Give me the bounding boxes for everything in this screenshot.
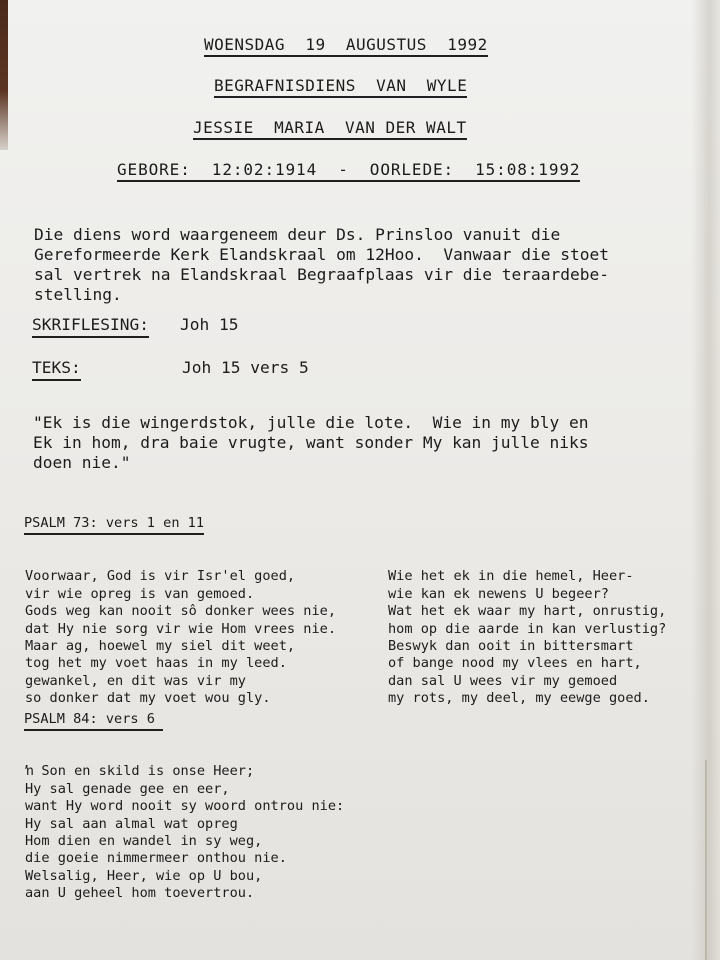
verse-line: Wat het ek waar my hart, onrustig, bbox=[388, 603, 666, 620]
verse-line: of bange nood my vlees en hart, bbox=[388, 655, 666, 672]
verse-line: Wie het ek in die hemel, Heer- bbox=[388, 568, 666, 585]
verse-line: Hy sal genade gee en eer, bbox=[25, 781, 344, 798]
psalm84-verse: ŉ Son en skild is onse Heer;Hy sal genad… bbox=[25, 746, 344, 920]
scripture-quote: "Ek is die wingerdstok, julle die lote. … bbox=[33, 393, 589, 493]
verse-line: Beswyk dan ooit in bittersmart bbox=[388, 638, 666, 655]
intro-line: stelling. bbox=[34, 285, 609, 305]
verse-line: hom op die aarde in kan verlustig? bbox=[388, 621, 666, 638]
verse-line: tog het my voet haas in my leed. bbox=[25, 655, 336, 672]
verse-line: Welsalig, Heer, wie op U bou, bbox=[25, 868, 344, 885]
intro-line: sal vertrek na Elandskraal Begraafplaas … bbox=[34, 265, 609, 285]
scripture-value: Joh 15 bbox=[180, 315, 238, 335]
verse-line: Hy sal aan almal wat opreg bbox=[25, 816, 344, 833]
psalm84-heading: PSALM 84: vers 6 bbox=[24, 711, 163, 731]
verse-line: wie kan ek newens U begeer? bbox=[388, 586, 666, 603]
text-label: TEKS: bbox=[32, 358, 81, 381]
verse-line: gewankel, en dit was vir my bbox=[25, 673, 336, 690]
verse-line: Voorwaar, God is vir Isr'el goed, bbox=[25, 568, 336, 585]
verse-line: Maar ag, hoewel my siel dit weet, bbox=[25, 638, 336, 655]
text-value: Joh 15 vers 5 bbox=[182, 358, 309, 378]
verse-line: Gods weg kan nooit sô donker wees nie, bbox=[25, 603, 336, 620]
verse-line: die goeie nimmermeer onthou nie. bbox=[25, 850, 344, 867]
paper-fold-shadow bbox=[705, 760, 707, 960]
verse-line: my rots, my deel, my eewge goed. bbox=[388, 690, 666, 707]
service-intro: Die diens word waargeneem deur Ds. Prins… bbox=[34, 205, 609, 325]
quote-line: Ek in hom, dra baie vrugte, want sonder … bbox=[33, 433, 589, 453]
intro-line: Die diens word waargeneem deur Ds. Prins… bbox=[34, 225, 609, 245]
psalm73-heading: PSALM 73: vers 1 en 11 bbox=[24, 515, 204, 535]
verse-line: dan sal U wees vir my gemoed bbox=[388, 673, 666, 690]
verse-line: dat Hy nie sorg vir wie Hom vrees nie. bbox=[25, 621, 336, 638]
birth-death-dates: GEBORE: 12:02:1914 - OORLEDE: 15:08:1992 bbox=[117, 160, 580, 182]
psalm73-left-column: Voorwaar, God is vir Isr'el goed,vir wie… bbox=[25, 551, 336, 725]
verse-line: Hom dien en wandel in sy weg, bbox=[25, 833, 344, 850]
intro-line: Gereformeerde Kerk Elandskraal om 12Hoo.… bbox=[34, 245, 609, 265]
verse-line: vir wie opreg is van gemoed. bbox=[25, 586, 336, 603]
verse-line: so donker dat my voet wou gly. bbox=[25, 690, 336, 707]
verse-line: aan U geheel hom toevertrou. bbox=[25, 885, 344, 902]
service-date: WOENSDAG 19 AUGUSTUS 1992 bbox=[204, 35, 488, 57]
quote-line: doen nie." bbox=[33, 453, 589, 473]
verse-line: want Hy word nooit sy woord ontrou nie: bbox=[25, 798, 344, 815]
psalm73-right-column: Wie het ek in die hemel, Heer-wie kan ek… bbox=[388, 551, 666, 725]
scripture-label: SKRIFLESING: bbox=[32, 315, 149, 338]
verse-line: ŉ Son en skild is onse Heer; bbox=[25, 763, 344, 780]
quote-line: "Ek is die wingerdstok, julle die lote. … bbox=[33, 413, 589, 433]
service-title: BEGRAFNISDIENS VAN WYLE bbox=[214, 76, 467, 98]
wooden-table-edge bbox=[0, 0, 8, 150]
deceased-name: JESSIE MARIA VAN DER WALT bbox=[193, 118, 467, 140]
